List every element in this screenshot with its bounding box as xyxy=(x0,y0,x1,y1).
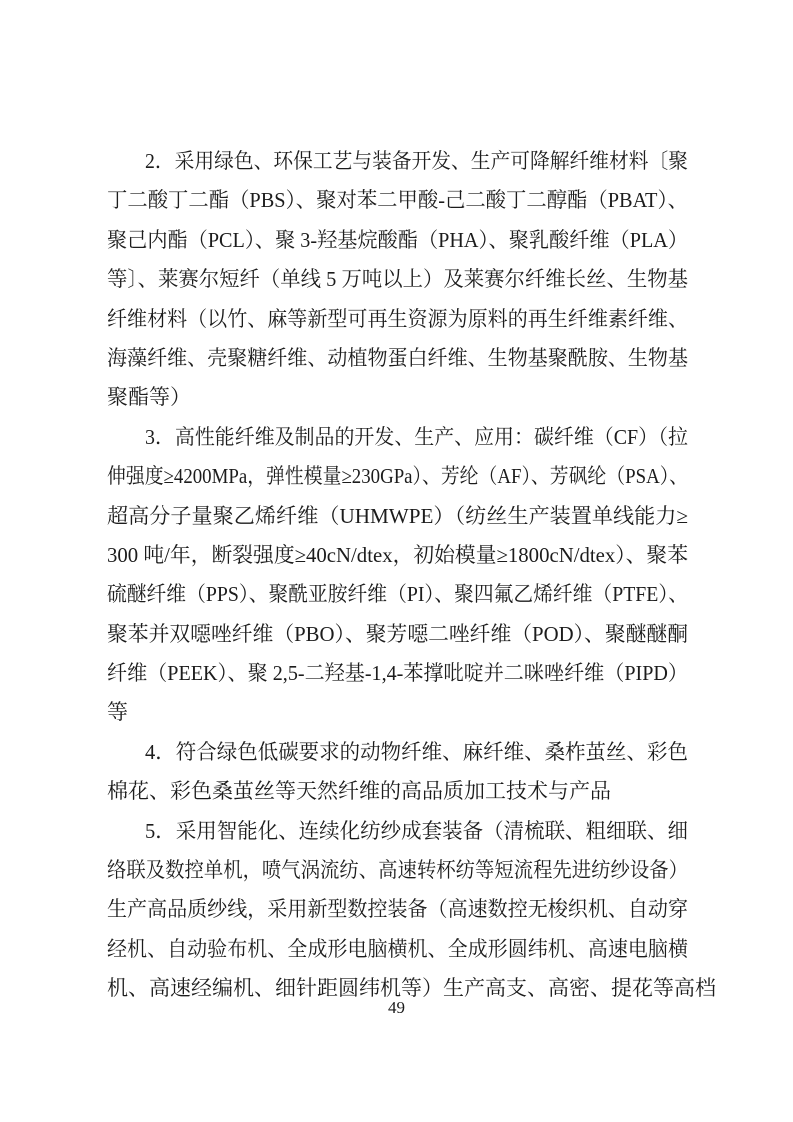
text-line-content: 络联及数控单机，喷气涡流纺、高速转杯纺等短流程先进纺纱设备） xyxy=(107,851,688,890)
text-line: 络联及数控单机，喷气涡流纺、高速转杯纺等短流程先进纺纱设备） xyxy=(107,851,688,890)
text-line-content: 等〕、莱赛尔短纤（单线 5 万吨以上）及莱赛尔纤维长丝、生物基 xyxy=(107,260,688,299)
text-line: 2．采用绿色、环保工艺与装备开发、生产可降解纤维材料〔聚 xyxy=(107,142,688,181)
text-line-content: 300 吨/年，断裂强度≥40cN/dtex，初始模量≥1800cN/dtex）… xyxy=(107,536,688,575)
text-line: 聚酯等） xyxy=(107,378,688,417)
text-line: 3．高性能纤维及制品的开发、生产、应用：碳纤维（CF）（拉 xyxy=(107,418,688,457)
text-line-content: 生产高品质纱线，采用新型数控装备（高速数控无梭织机、自动穿 xyxy=(107,890,688,929)
text-line: 硫醚纤维（PPS）、聚酰亚胺纤维（PI）、聚四氟乙烯纤维（PTFE）、 xyxy=(107,575,688,614)
text-line: 5．采用智能化、连续化纺纱成套装备（清梳联、粗细联、细 xyxy=(107,812,688,851)
text-line-content: 聚己内酯（PCL）、聚 3-羟基烷酸酯（PHA）、聚乳酸纤维（PLA） xyxy=(107,221,688,260)
text-line-content: 纤维（PEEK）、聚 2,5-二羟基-1,4-苯撑吡啶并二咪唑纤维（PIPD） xyxy=(107,654,688,693)
text-line: 纤维材料（以竹、麻等新型可再生资源为原料的再生纤维素纤维、 xyxy=(107,300,688,339)
text-line-content: 聚酯等） xyxy=(107,378,191,417)
text-line: 经机、自动验布机、全成形电脑横机、全成形圆纬机、高速电脑横 xyxy=(107,930,688,969)
text-line-content: 5．采用智能化、连续化纺纱成套装备（清梳联、粗细联、细 xyxy=(145,812,688,851)
page-number: 49 xyxy=(0,995,793,1021)
text-line: 等 xyxy=(107,693,688,732)
text-line: 纤维（PEEK）、聚 2,5-二羟基-1,4-苯撑吡啶并二咪唑纤维（PIPD） xyxy=(107,654,688,693)
text-line-content: 经机、自动验布机、全成形电脑横机、全成形圆纬机、高速电脑横 xyxy=(107,930,688,969)
text-line-content: 棉花、彩色桑茧丝等天然纤维的高品质加工技术与产品 xyxy=(107,772,611,811)
text-line: 伸强度≥4200MPa，弹性模量≥230GPa）、芳纶（AF）、芳砜纶（PSA）… xyxy=(107,457,688,496)
text-line: 棉花、彩色桑茧丝等天然纤维的高品质加工技术与产品 xyxy=(107,772,688,811)
text-line-content: 伸强度≥4200MPa，弹性模量≥230GPa）、芳纶（AF）、芳砜纶（PSA）… xyxy=(107,457,688,496)
text-line-content: 硫醚纤维（PPS）、聚酰亚胺纤维（PI）、聚四氟乙烯纤维（PTFE）、 xyxy=(107,575,688,614)
text-line-content: 聚苯并双噁唑纤维（PBO）、聚芳噁二唑纤维（POD）、聚醚醚酮 xyxy=(107,615,688,654)
text-line: 聚己内酯（PCL）、聚 3-羟基烷酸酯（PHA）、聚乳酸纤维（PLA） xyxy=(107,221,688,260)
text-line: 聚苯并双噁唑纤维（PBO）、聚芳噁二唑纤维（POD）、聚醚醚酮 xyxy=(107,615,688,654)
text-line-content: 纤维材料（以竹、麻等新型可再生资源为原料的再生纤维素纤维、 xyxy=(107,300,688,339)
text-line: 超高分子量聚乙烯纤维（UHMWPE）（纺丝生产装置单线能力≥ xyxy=(107,497,688,536)
text-line: 300 吨/年，断裂强度≥40cN/dtex，初始模量≥1800cN/dtex）… xyxy=(107,536,688,575)
body-text: 2．采用绿色、环保工艺与装备开发、生产可降解纤维材料〔聚丁二酸丁二酯（PBS）、… xyxy=(107,142,688,1009)
text-line-content: 等 xyxy=(107,693,128,732)
text-line-content: 2．采用绿色、环保工艺与装备开发、生产可降解纤维材料〔聚 xyxy=(145,142,688,181)
text-line-content: 4．符合绿色低碳要求的动物纤维、麻纤维、桑柞茧丝、彩色 xyxy=(145,733,688,772)
text-line-content: 丁二酸丁二酯（PBS）、聚对苯二甲酸-己二酸丁二醇酯（PBAT）、 xyxy=(107,181,688,220)
text-line: 生产高品质纱线，采用新型数控装备（高速数控无梭织机、自动穿 xyxy=(107,890,688,929)
text-line: 4．符合绿色低碳要求的动物纤维、麻纤维、桑柞茧丝、彩色 xyxy=(107,733,688,772)
text-line: 海藻纤维、壳聚糖纤维、动植物蛋白纤维、生物基聚酰胺、生物基 xyxy=(107,339,688,378)
document-page: 2．采用绿色、环保工艺与装备开发、生产可降解纤维材料〔聚丁二酸丁二酯（PBS）、… xyxy=(0,0,793,1122)
text-line: 丁二酸丁二酯（PBS）、聚对苯二甲酸-己二酸丁二醇酯（PBAT）、 xyxy=(107,181,688,220)
text-line: 等〕、莱赛尔短纤（单线 5 万吨以上）及莱赛尔纤维长丝、生物基 xyxy=(107,260,688,299)
text-line-content: 海藻纤维、壳聚糖纤维、动植物蛋白纤维、生物基聚酰胺、生物基 xyxy=(107,339,688,378)
text-line-content: 超高分子量聚乙烯纤维（UHMWPE）（纺丝生产装置单线能力≥ xyxy=(107,497,688,536)
text-line-content: 3．高性能纤维及制品的开发、生产、应用：碳纤维（CF）（拉 xyxy=(145,418,688,457)
